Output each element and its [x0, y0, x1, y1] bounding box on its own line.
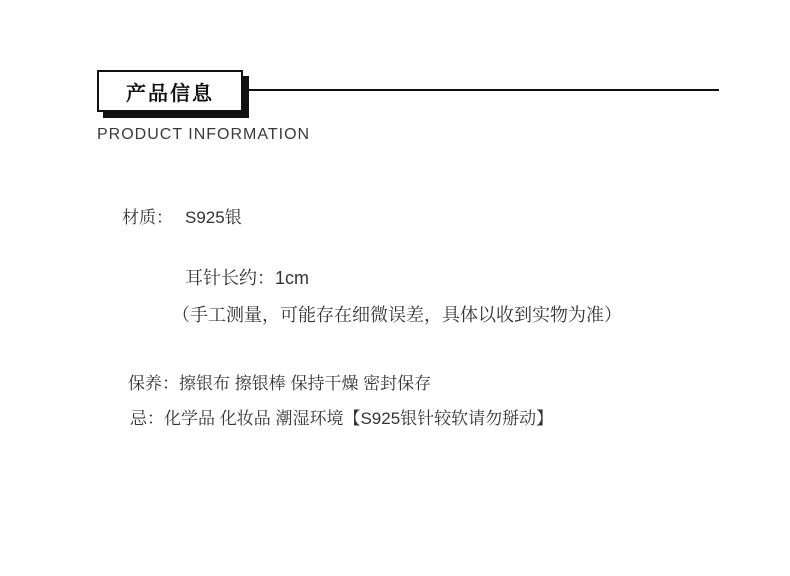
material-label: 材质： [122, 208, 173, 227]
page-title: 产品信息 [126, 77, 214, 106]
page-subtitle-english: PRODUCT INFORMATION [97, 126, 310, 144]
measurement-note-row: （手工测量，可能存在细微误差，具体以收到实物为准） [172, 301, 622, 327]
avoid-warning-row: 忌：化学品 化妆品 潮湿环境【S925银针较软请勿掰动】 [130, 404, 553, 429]
product-information-page: 产品信息 PRODUCT INFORMATION 材质：S925银 耳针长约：1… [0, 0, 790, 576]
header-rule-line [240, 89, 719, 91]
pin-length-row: 耳针长约：1cm [185, 264, 309, 290]
material-row: 材质：S925银 [122, 203, 242, 228]
material-value: S925银 [185, 208, 242, 227]
care-instructions-row: 保养：擦银布 擦银棒 保持干燥 密封保存 [128, 369, 431, 394]
product-info-title-box: 产品信息 [97, 70, 243, 112]
